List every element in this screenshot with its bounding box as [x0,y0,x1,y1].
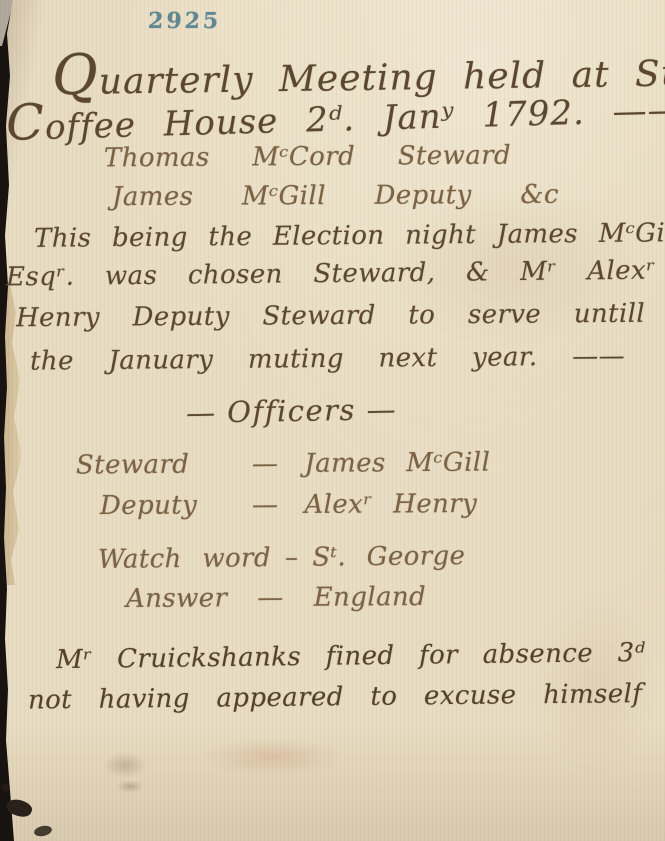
officer-row-deputy: Deputy — Alexʳ Henry [100,489,477,521]
stain [200,738,345,776]
ink-blot [33,824,53,838]
body-line-4: the January muting next year. —— [30,341,625,376]
dash-glyph: – [285,543,299,573]
officer-name: James MᶜGill [304,448,490,479]
fine-note-line-1: Mʳ Cruickshanks fined for absence 3ᵈ Oct… [56,637,665,675]
watchword-label: Watch word [98,543,271,575]
archive-stamp-number: 2925 [147,8,222,34]
answer-row: Answer — England [126,582,426,614]
page-edge-highlight [0,0,16,46]
stain [103,752,147,778]
body-line-1: This being the Election night James MᶜGi… [34,218,665,254]
officers-heading: — Officers — [186,392,398,430]
watchword-value: Sᵗ. George [312,541,465,573]
officer-role: Steward [76,449,226,480]
dash-glyph: — [252,490,279,520]
attendance-line-deputy: James MᶜGill Deputy &c [112,180,559,212]
officer-role: Deputy [100,490,226,521]
officer-row-steward: Steward — James MᶜGill [76,448,490,481]
fine-note-line-2: not having appeared to excuse himself 5/ [28,679,665,716]
stain [116,780,144,793]
dash-glyph: — [252,449,279,479]
manuscript-page: 2925 Quarterly Meeting held at Sullivans… [0,0,665,841]
body-line-3: Henry Deputy Steward to serve untill [16,299,645,333]
answer-label: Answer [126,583,228,614]
attendance-line-steward: Thomas MᶜCord Steward [104,141,511,174]
dash-glyph: — [257,583,284,613]
watchword-row: Watch word – Sᵗ. George [98,541,466,575]
body-line-2: Esqʳ. was chosen Steward, & Mʳ Alexʳ [6,256,656,293]
officer-name: Alexʳ Henry [304,489,477,520]
answer-value: England [314,582,427,613]
